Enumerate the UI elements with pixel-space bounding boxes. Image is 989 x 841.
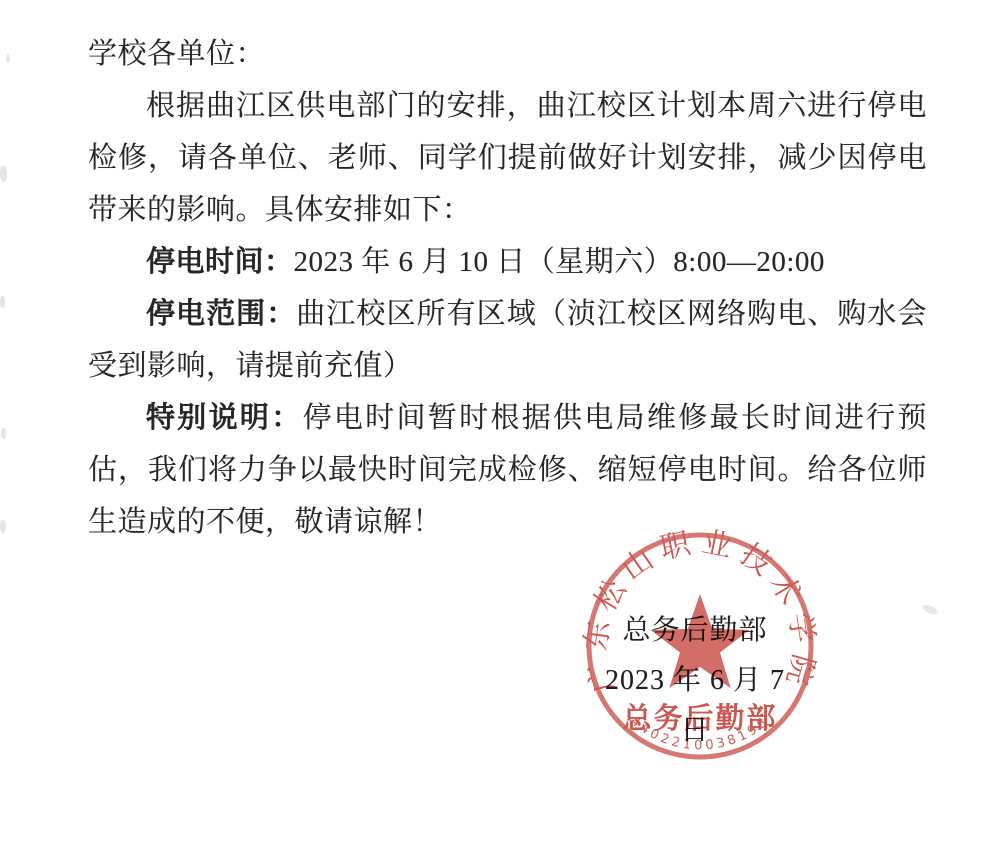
scan-artifact (1, 428, 6, 439)
signature-department: 总务后勤部 (592, 606, 798, 656)
outage-scope-label: 停电范围： (146, 298, 296, 330)
scan-artifact (0, 520, 6, 533)
intro-paragraph: 根据曲江区供电部门的安排，曲江校区计划本周六进行停电检修，请各单位、老师、同学们… (88, 80, 927, 236)
scan-artifact (0, 166, 7, 182)
outage-time-value: 2023 年 6 月 10 日（星期六）8:00—20:00 (294, 246, 825, 278)
document-page: 学校各单位： 根据曲江区供电部门的安排，曲江校区计划本周六进行停电检修，请各单位… (0, 0, 989, 841)
signature-block: 总务后勤部 2023 年 6 月 7 日 (592, 606, 798, 756)
outage-time-label: 停电时间： (146, 246, 294, 278)
item-outage-time: 停电时间：2023 年 6 月 10 日（星期六）8:00—20:00 (88, 236, 927, 288)
notice-body: 学校各单位： 根据曲江区供电部门的安排，曲江校区计划本周六进行停电检修，请各单位… (88, 28, 927, 548)
signature-date: 2023 年 6 月 7 日 (592, 656, 798, 756)
scan-artifact (921, 603, 938, 616)
scan-artifact (0, 296, 5, 308)
item-outage-scope: 停电范围：曲江校区所有区域（浈江校区网络购电、购水会受到影响，请提前充值） (88, 288, 927, 392)
special-note-label: 特别说明： (146, 402, 303, 434)
salutation: 学校各单位： (88, 28, 927, 80)
scan-artifact (6, 54, 10, 63)
